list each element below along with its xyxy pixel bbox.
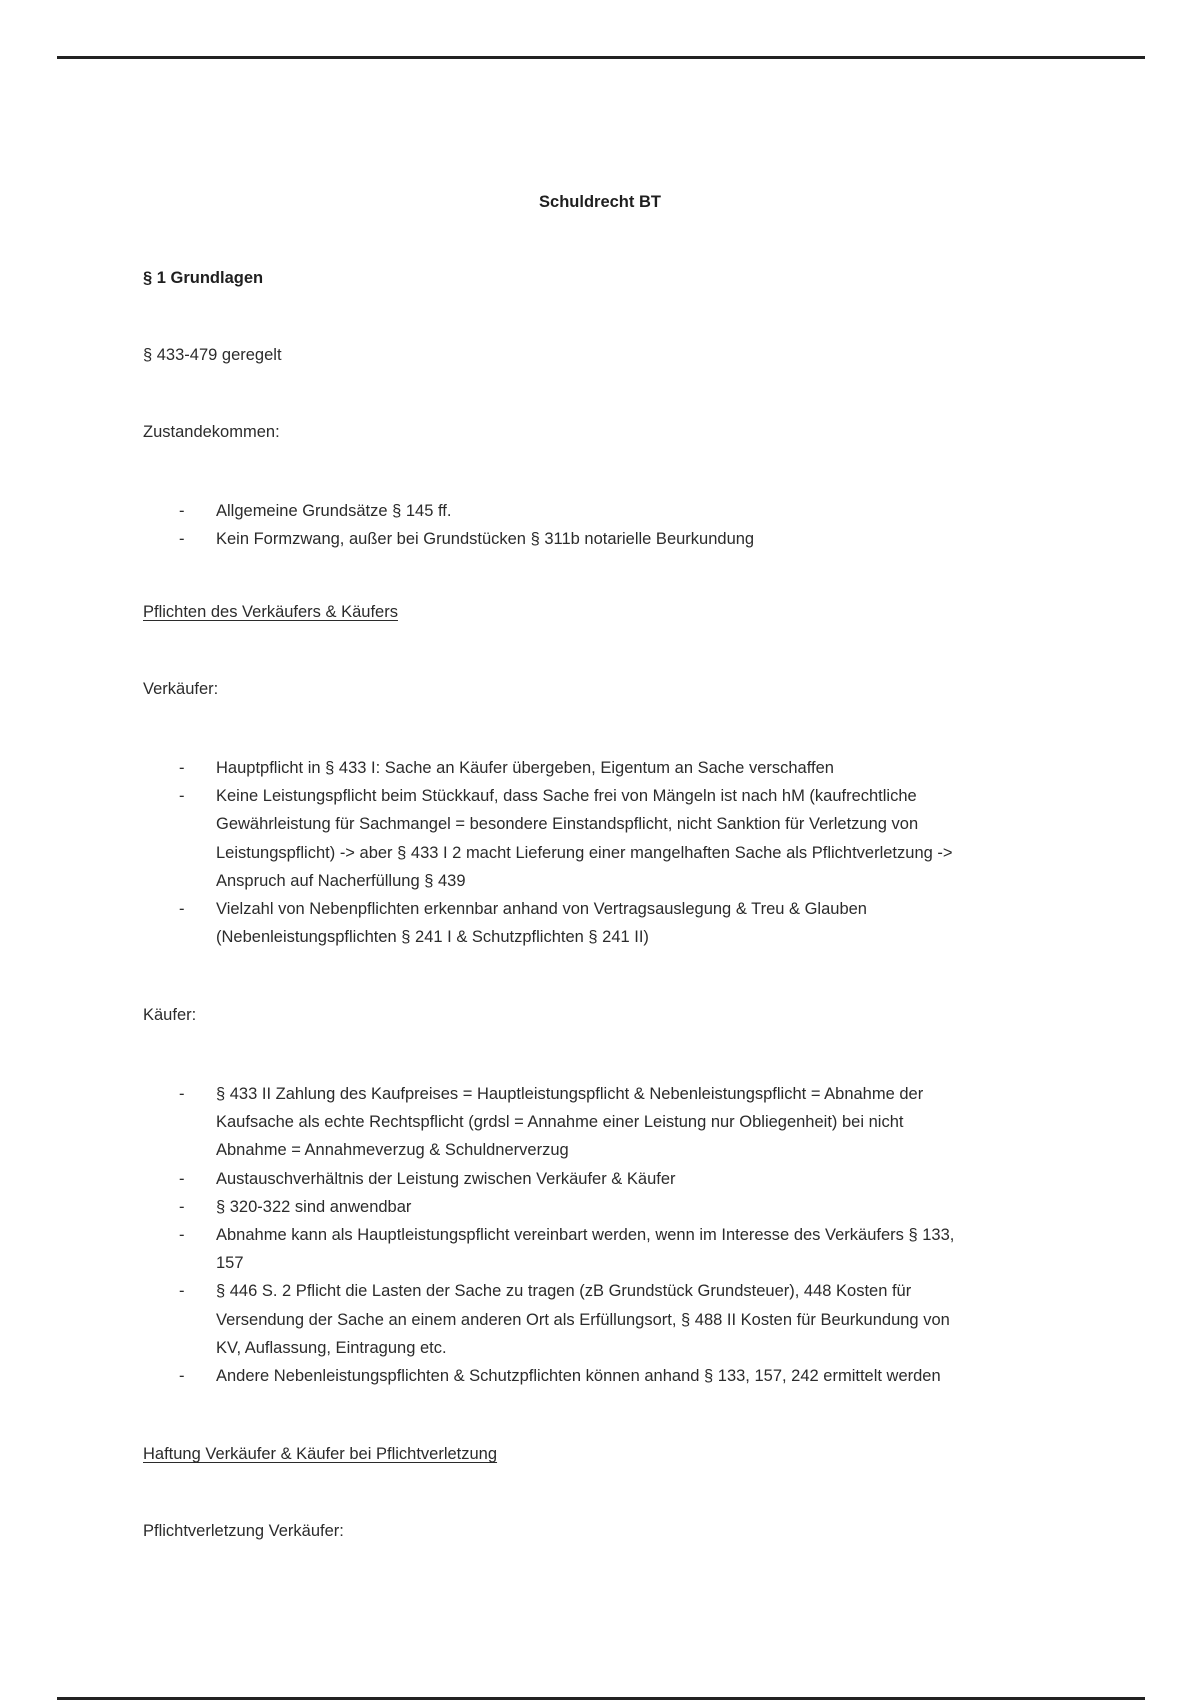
dash-marker: - [179,1362,185,1390]
list-item-line: § 446 S. 2 Pflicht die Lasten der Sache … [216,1282,911,1300]
list-item: -Keine Leistungspflicht beim Stückkauf, … [143,782,1043,895]
list-item-line: § 433 II Zahlung des Kaufpreises = Haupt… [216,1085,923,1103]
dash-marker: - [179,497,185,525]
verkaeufer-label: Verkäufer: [143,680,218,699]
list-item-line: Vielzahl von Nebenpflichten erkennbar an… [216,900,867,918]
list-item: -Andere Nebenleistungspflichten & Schutz… [143,1362,1043,1390]
list-item: -§ 320-322 sind anwendbar [143,1193,1043,1221]
dash-marker: - [179,1080,185,1108]
header-rule [57,56,1145,59]
list-item-line: Versendung der Sache an einem anderen Or… [216,1311,950,1329]
section-heading: § 1 Grundlagen [143,269,263,288]
kaeufer-label: Käufer: [143,1006,196,1025]
list-item: -Hauptpflicht in § 433 I: Sache an Käufe… [143,754,1043,782]
dash-marker: - [179,782,185,810]
pflichten-heading: Pflichten des Verkäufers & Käufers [143,603,398,622]
list-item: -Austauschverhältnis der Leistung zwisch… [143,1165,1043,1193]
intro-line: § 433-479 geregelt [143,346,282,365]
list-item-line: Anspruch auf Nacherfüllung § 439 [216,872,466,890]
list-item: -Kein Formzwang, außer bei Grundstücken … [143,525,1043,553]
verkaeufer-list: -Hauptpflicht in § 433 I: Sache an Käufe… [143,754,1043,951]
list-item: -Allgemeine Grundsätze § 145 ff. [143,497,1043,525]
list-item: -Vielzahl von Nebenpflichten erkennbar a… [143,895,1043,951]
zustandekommen-label: Zustandekommen: [143,423,280,442]
list-item-line: Gewährleistung für Sachmangel = besonder… [216,815,918,833]
list-item-line: Abnahme = Annahmeverzug & Schuldnerverzu… [216,1141,569,1159]
dash-marker: - [179,1221,185,1249]
list-item-line: Andere Nebenleistungspflichten & Schutzp… [216,1367,941,1385]
dash-marker: - [179,1193,185,1221]
list-item-line: 157 [216,1254,244,1272]
list-item-line: (Nebenleistungspflichten § 241 I & Schut… [216,928,649,946]
list-item: -§ 446 S. 2 Pflicht die Lasten der Sache… [143,1277,1043,1362]
list-item-line: Abnahme kann als Hauptleistungspflicht v… [216,1226,954,1244]
list-item-line: § 320-322 sind anwendbar [216,1198,411,1216]
document-title: Schuldrecht BT [0,193,1200,212]
list-item-line: Keine Leistungspflicht beim Stückkauf, d… [216,787,917,805]
haftung-heading: Haftung Verkäufer & Käufer bei Pflichtve… [143,1445,497,1464]
dash-marker: - [179,754,185,782]
kaeufer-list: -§ 433 II Zahlung des Kaufpreises = Haup… [143,1080,1043,1390]
list-item-line: Hauptpflicht in § 433 I: Sache an Käufer… [216,759,834,777]
dash-marker: - [179,525,185,553]
dash-marker: - [179,1165,185,1193]
list-item-line: KV, Auflassung, Eintragung etc. [216,1339,447,1357]
zustandekommen-list: -Allgemeine Grundsätze § 145 ff. -Kein F… [143,497,1043,553]
pflichtverletzung-label: Pflichtverletzung Verkäufer: [143,1522,344,1541]
list-item-line: Kaufsache als echte Rechtspflicht (grdsl… [216,1113,903,1131]
dash-marker: - [179,895,185,923]
list-item: -Abnahme kann als Hauptleistungspflicht … [143,1221,1043,1277]
dash-marker: - [179,1277,185,1305]
list-item-line: Austauschverhältnis der Leistung zwische… [216,1170,676,1188]
list-item-line: Leistungspflicht) -> aber § 433 I 2 mach… [216,844,953,862]
list-item: -§ 433 II Zahlung des Kaufpreises = Haup… [143,1080,1043,1165]
